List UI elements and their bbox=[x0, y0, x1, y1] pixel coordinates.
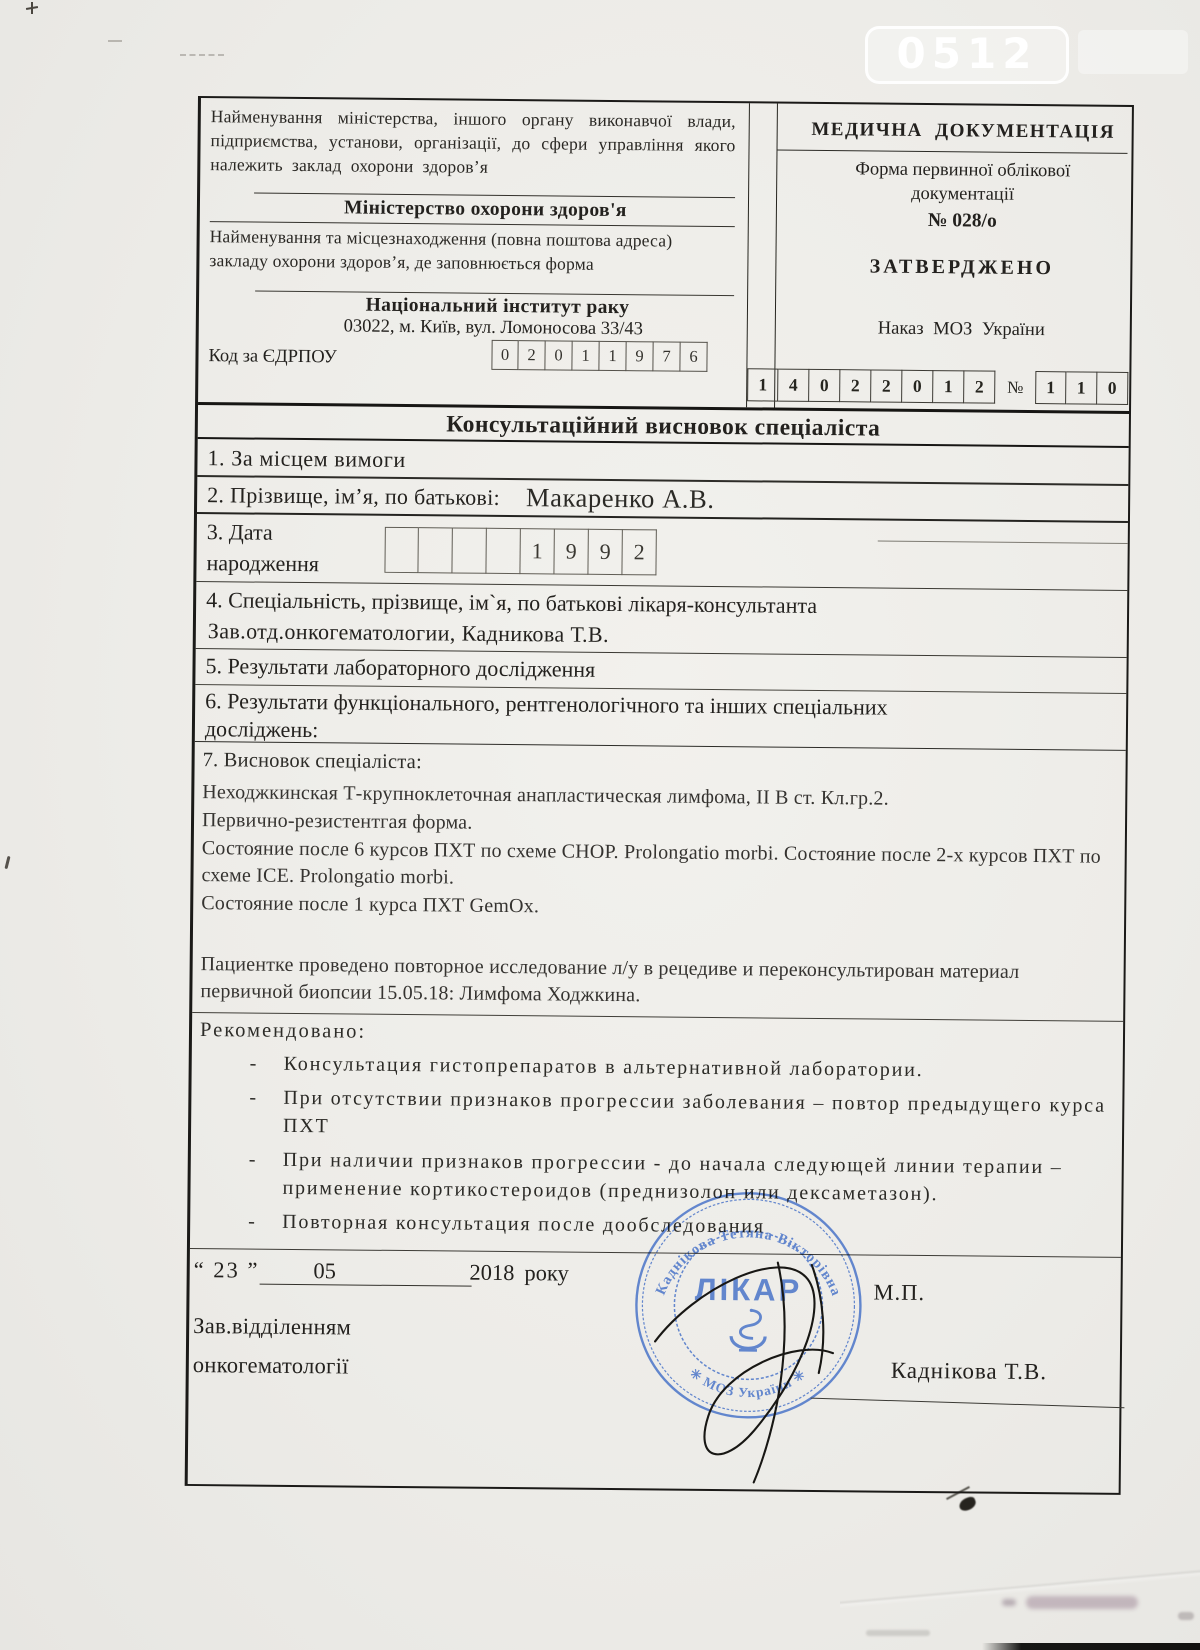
edrpou-row: Код за ЄДРПОУ 0 2 0 1 1 9 7 6 bbox=[208, 337, 733, 372]
code-digit: 1 bbox=[572, 340, 599, 370]
header-left-column: Найменування міністерства, іншого органу… bbox=[198, 98, 749, 407]
code-digit: 2 bbox=[964, 370, 995, 403]
scan-smudge bbox=[866, 1630, 930, 1636]
approved-label: ЗАТВЕРДЖЕНО bbox=[797, 255, 1126, 281]
code-digit: 4 bbox=[778, 369, 809, 402]
item3-label-line1: 3. Дата bbox=[207, 519, 273, 545]
form-caption: Форма первинної облікової документації bbox=[822, 157, 1103, 209]
recommended-label: Рекомендовано: bbox=[200, 1019, 1113, 1051]
date-month: 05 bbox=[259, 1258, 471, 1287]
date-digit bbox=[486, 527, 520, 573]
code-digit: 2 bbox=[871, 369, 902, 402]
signer-position: Зав.відділенням онкогематології bbox=[193, 1307, 352, 1386]
code-digit: 2 bbox=[518, 340, 545, 370]
code-digit: 0 bbox=[809, 369, 840, 402]
date-digit: 2 bbox=[622, 529, 656, 575]
date-digit bbox=[418, 527, 452, 573]
code-digit: 1 bbox=[1035, 371, 1066, 404]
stamp-place-label: М.П. bbox=[873, 1280, 925, 1306]
code-digit: 1 bbox=[747, 368, 778, 401]
signature-graphic bbox=[624, 1219, 879, 1489]
date-digit: 1 bbox=[520, 528, 554, 574]
scanner-edge-shadow bbox=[982, 1643, 1200, 1650]
form-number: № 028/о bbox=[798, 209, 1127, 234]
header-right-column: МЕДИЧНА ДОКУМЕНТАЦІЯ Форма первинної обл… bbox=[774, 104, 1132, 411]
watermark-code: 0512 bbox=[865, 26, 1069, 84]
date-suffix: року bbox=[524, 1260, 569, 1285]
scan-dash-mark bbox=[108, 40, 122, 42]
item3-label: 3. Дата народження bbox=[206, 517, 385, 580]
item7-label: 7. Висновок спеціаліста: bbox=[202, 747, 1117, 783]
scanned-document-page: 0512 Найменування міністерства, іншого о… bbox=[0, 0, 1200, 1650]
code-digit: 0 bbox=[1097, 372, 1128, 405]
order-code-boxes: 1 4 0 2 2 0 1 2 № 1 1 0 bbox=[747, 368, 1128, 405]
conclusion-line: Состояние после 6 курсов ПХТ по схеме CH… bbox=[201, 835, 1116, 898]
rule bbox=[777, 150, 1128, 154]
date-digit bbox=[384, 526, 418, 572]
recommendation-item: При отсутствии признаков прогрессии забо… bbox=[247, 1084, 1112, 1148]
form-header: Найменування міністерства, іншого органу… bbox=[198, 98, 1132, 411]
date-digit: 9 bbox=[588, 528, 622, 574]
edrpou-code-boxes: 0 2 0 1 1 9 7 6 bbox=[491, 340, 707, 372]
code-digit: 0 bbox=[902, 370, 933, 403]
watermark-blur-patch bbox=[1078, 30, 1188, 74]
code-digit: 6 bbox=[680, 341, 707, 371]
signature-footer: “ 23 ”052018року Зав.відділенням онкогем… bbox=[188, 1248, 1121, 1498]
form-028o: Найменування міністерства, іншого органу… bbox=[185, 96, 1134, 1495]
patient-name-value: Макаренко А.В. bbox=[526, 482, 715, 515]
ministry-caption: Найменування міністерства, іншого органу… bbox=[210, 105, 736, 182]
scan-dash-mark bbox=[180, 54, 224, 56]
doctor-name: Каднікова Т.В. bbox=[891, 1358, 1048, 1385]
code-digit: 1 bbox=[599, 341, 626, 371]
ink-speck bbox=[957, 1495, 977, 1512]
scan-smudge bbox=[1178, 1612, 1194, 1620]
birthdate-boxes: 1 9 9 2 bbox=[384, 526, 656, 575]
scan-speck-cross bbox=[26, 2, 38, 14]
item2-label: 2. Прізвище, ім’я, по батькові: bbox=[207, 482, 500, 511]
doctor-signature bbox=[624, 1219, 879, 1489]
paper-crease bbox=[840, 1565, 1200, 1609]
edrpou-label: Код за ЄДРПОУ bbox=[208, 346, 336, 368]
date-digit bbox=[452, 527, 486, 573]
date-day: “ 23 ” bbox=[194, 1257, 260, 1283]
item6-functional-results: 6. Результати функціонального, рентгенол… bbox=[195, 685, 1127, 751]
item7-conclusion-section: 7. Висновок спеціаліста: Неходжкинская Т… bbox=[192, 742, 1126, 1021]
date-line: “ 23 ”052018року bbox=[194, 1257, 569, 1288]
code-digit: 1 bbox=[933, 370, 964, 403]
order-number-sign: № bbox=[995, 377, 1035, 397]
item4-consultant-row: 4. Спеціальність, прізвище, ім`я, по бат… bbox=[196, 582, 1128, 658]
code-digit: 0 bbox=[545, 340, 572, 370]
date-digit: 9 bbox=[554, 528, 588, 574]
code-digit: 1 bbox=[1066, 371, 1097, 404]
item3-label-line2: народження bbox=[206, 550, 319, 576]
facility-caption: Найменування та місцезнаходження (повна … bbox=[209, 225, 734, 278]
recommendation-item: Консультация гистопрепаратов в альтернат… bbox=[248, 1050, 1113, 1086]
conclusion-line: Пациентке проведено повторное исследован… bbox=[200, 951, 1115, 1014]
rule bbox=[878, 541, 1128, 544]
code-digit: 7 bbox=[653, 341, 680, 371]
order-label: Наказ МОЗ України bbox=[797, 318, 1126, 342]
code-digit: 0 bbox=[491, 340, 518, 370]
date-year: 2018 bbox=[469, 1260, 514, 1285]
code-digit: 9 bbox=[626, 341, 653, 371]
position-line2: онкогематології bbox=[193, 1352, 349, 1378]
position-line1: Зав.відділенням bbox=[193, 1313, 351, 1340]
code-digit: 2 bbox=[840, 369, 871, 402]
scan-smudge bbox=[1026, 1596, 1138, 1609]
scan-speck-mark bbox=[4, 856, 10, 869]
item3-birthdate-row: 3. Дата народження 1 9 9 2 bbox=[196, 514, 1128, 591]
doc-type-title: МЕДИЧНА ДОКУМЕНТАЦІЯ bbox=[799, 119, 1128, 144]
